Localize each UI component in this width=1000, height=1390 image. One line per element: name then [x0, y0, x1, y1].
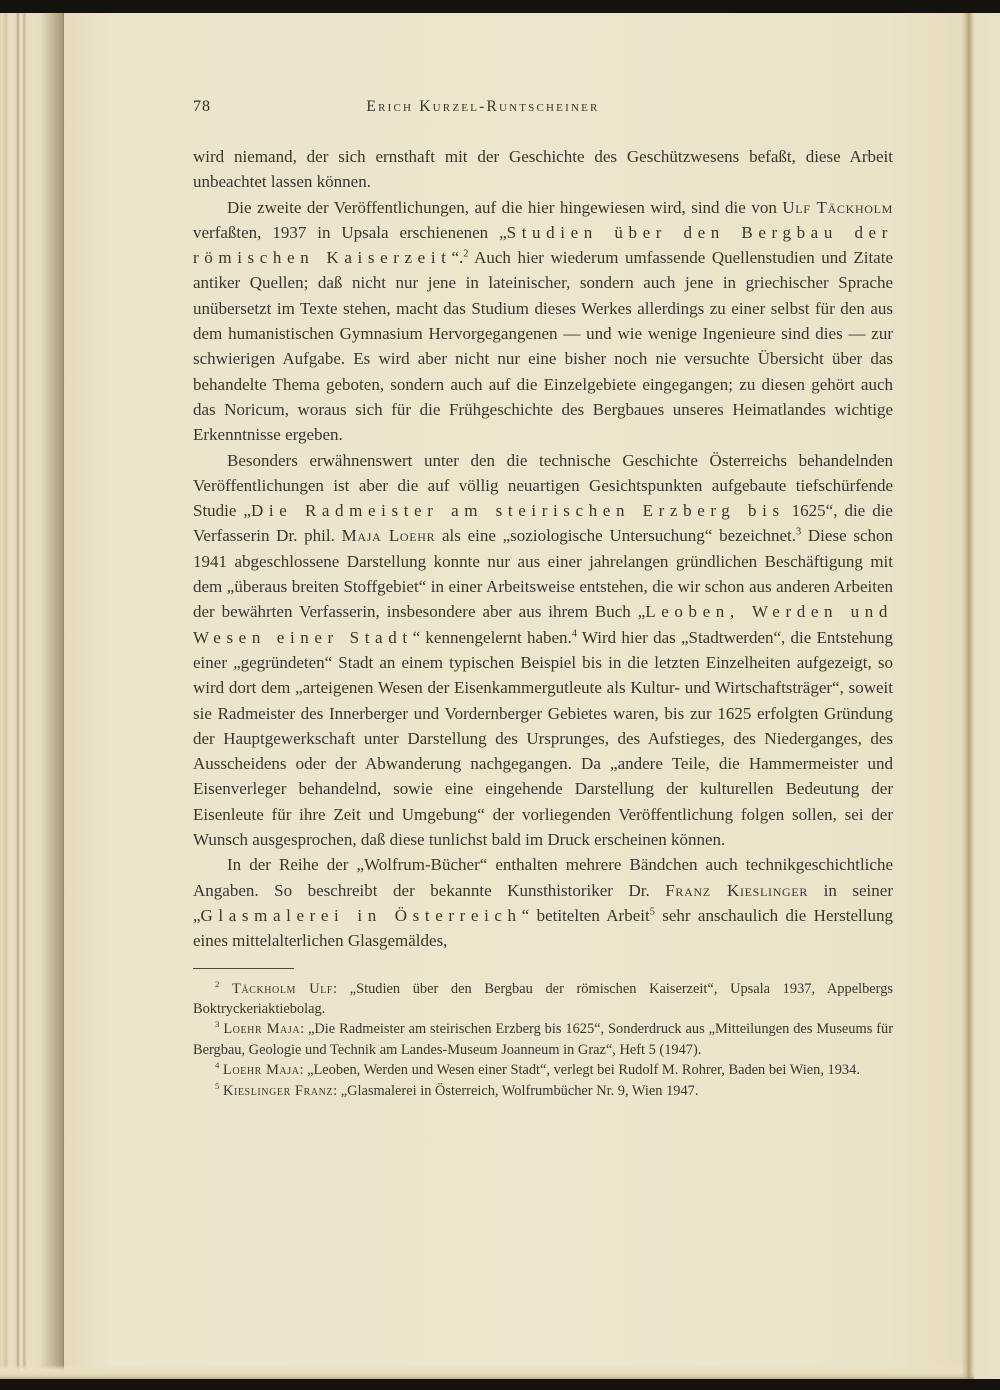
text-run: Täckholm Ulf	[232, 981, 333, 997]
text-run: Wird hier das „Stadtwerden“, die Entsteh…	[193, 628, 893, 849]
text-run: Loehr Maja	[223, 1021, 300, 1037]
paragraph: In der Reihe der „Wolfrum-Bücher“ enthal…	[193, 852, 893, 953]
paragraph: wird niemand, der sich ernsthaft mit der…	[193, 144, 893, 195]
page-edges-left	[0, 13, 64, 1379]
scan-top-band	[0, 0, 1000, 13]
paragraph: Die zweite der Veröffentlichungen, auf d…	[193, 195, 893, 448]
text-column: 78 Erich Kurzel-Runtscheiner wird nieman…	[193, 96, 893, 1101]
running-head: 78 Erich Kurzel-Runtscheiner	[193, 96, 893, 120]
text-run: Glasmalerei in Österreich	[201, 906, 522, 925]
scanned-book-page: { "page": { "number": "78", "running_hea…	[0, 0, 1000, 1390]
running-head-title: Erich Kurzel-Runtscheiner	[193, 98, 773, 116]
text-run: : „Leoben, Werden und Wesen einer Stadt“…	[300, 1062, 860, 1078]
facing-page-sliver	[974, 13, 1000, 1379]
text-run: “.	[451, 248, 463, 267]
text-run: wird niemand, der sich ernsthaft mit der…	[193, 147, 893, 191]
scan-bottom-band	[0, 1379, 1000, 1390]
footnote: 2 Täckholm Ulf: „Studien über den Bergba…	[193, 979, 893, 1020]
text-run: “ kennengelernt haben.	[413, 628, 572, 647]
footnote: 3 Loehr Maja: „Die Radmeister am steiris…	[193, 1019, 893, 1060]
body-text: wird niemand, der sich ernsthaft mit der…	[193, 144, 893, 954]
book-gutter-shadow	[962, 13, 974, 1379]
page-edges-bottom	[0, 1365, 1000, 1379]
text-run: Kieslinger Franz	[223, 1083, 333, 1099]
text-run: Franz Kieslinger	[665, 881, 808, 900]
footnote: 4 Loehr Maja: „Leoben, Werden und Wesen …	[193, 1060, 893, 1080]
text-run: als eine „soziologische Untersuchung“ be…	[435, 526, 796, 545]
text-run: Maja Loehr	[342, 526, 436, 545]
footnote-separator-rule	[193, 968, 294, 969]
text-run: verfaßten, 1937 in Upsala erschienenen „	[193, 223, 507, 242]
footnote: 5 Kieslinger Franz: „Glasmalerei in Öste…	[193, 1081, 893, 1101]
paragraph: Besonders erwähnenswert unter den die te…	[193, 448, 893, 853]
text-run: Auch hier wiederum umfassende Quellenstu…	[193, 248, 893, 444]
text-run: “ betitelten Arbeit	[522, 906, 650, 925]
text-run: Die zweite der Veröffentlichungen, auf d…	[227, 198, 782, 217]
footnotes: 2 Täckholm Ulf: „Studien über den Bergba…	[193, 979, 893, 1101]
text-run: : „Glasmalerei in Österreich, Wolfrumbüc…	[333, 1083, 698, 1099]
text-run: Ulf Täckholm	[782, 198, 893, 217]
text-run: Die Radmeister am steirischen Erzberg bi…	[251, 501, 785, 520]
text-run: Loehr Maja	[223, 1062, 300, 1078]
text-run	[219, 981, 232, 997]
